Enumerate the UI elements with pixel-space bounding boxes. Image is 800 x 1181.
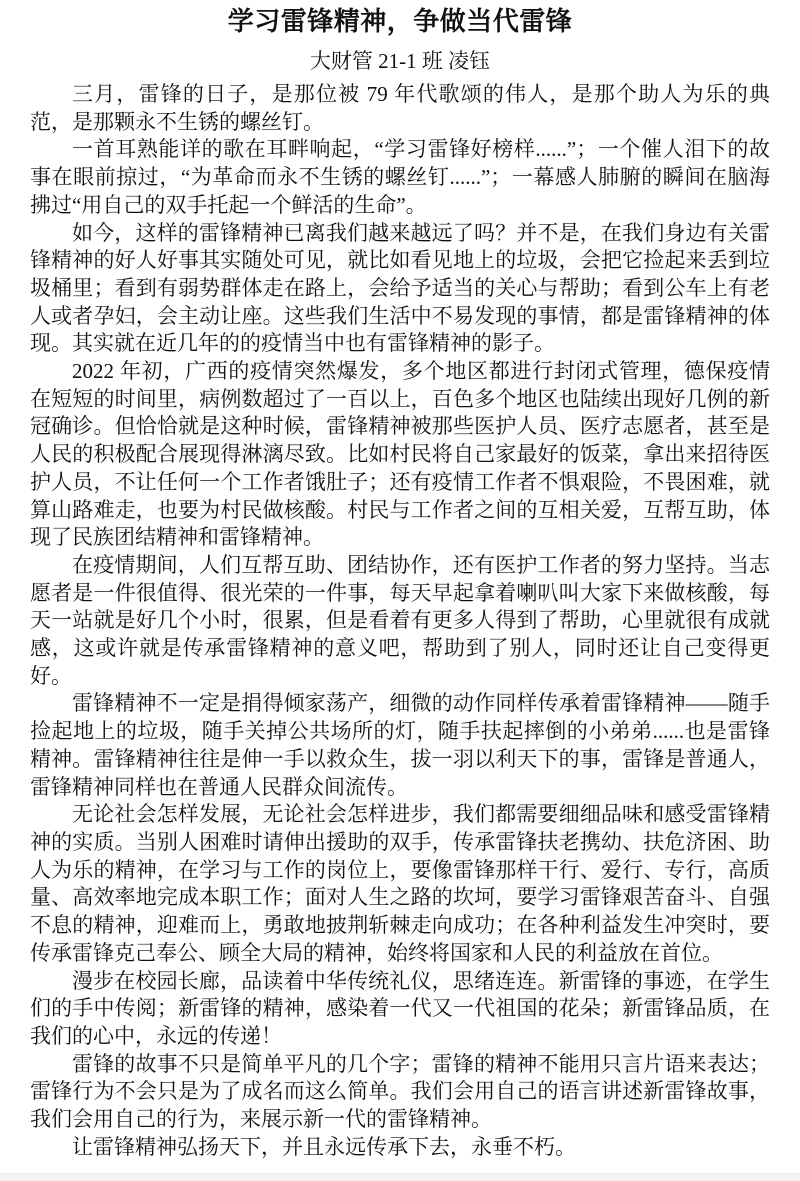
paragraph: 漫步在校园长廊，品读着中华传统礼仪，思绪连连。新雷锋的事迹，在学生们的手中传阅；…	[30, 968, 770, 1051]
essay-title: 学习雷锋精神，争做当代雷锋	[30, 6, 770, 38]
document-content: 学习雷锋精神，争做当代雷锋 大财管 21-1 班 凌钰 三月，雷锋的日子，是那位…	[0, 0, 800, 1161]
essay-body: 三月，雷锋的日子，是那位被 79 年代歌颂的伟人，是那个助人为乐的典范，是那颗永…	[30, 81, 770, 1161]
paragraph: 在疫情期间，人们互帮互助、团结协作，还有医护工作者的努力坚持。当志愿者是一件很值…	[30, 552, 770, 691]
paragraph: 三月，雷锋的日子，是那位被 79 年代歌颂的伟人，是那个助人为乐的典范，是那颗永…	[30, 81, 770, 136]
document-page: 学习雷锋精神，争做当代雷锋 大财管 21-1 班 凌钰 三月，雷锋的日子，是那位…	[0, 0, 800, 1181]
paragraph: 无论社会怎样发展，无论社会怎样进步，我们都需要细细品味和感受雷锋精神的实质。当别…	[30, 801, 770, 967]
paragraph: 如今，这样的雷锋精神已离我们越来越远了吗？并不是，在我们身边有关雷锋精神的好人好…	[30, 220, 770, 359]
paragraph: 雷锋的故事不只是简单平凡的几个字；雷锋的精神不能用只言片语来表达；雷锋行为不会只…	[30, 1051, 770, 1134]
page-bottom-edge	[0, 1173, 800, 1181]
paragraph: 2022 年初，广西的疫情突然爆发，多个地区都进行封闭式管理，德保疫情在短短的时…	[30, 358, 770, 552]
paragraph: 雷锋精神不一定是捐得倾家荡产，细微的动作同样传承着雷锋精神——随手捡起地上的垃圾…	[30, 690, 770, 801]
paragraph: 让雷锋精神弘扬天下，并且永远传承下去，永垂不朽。	[30, 1134, 770, 1162]
essay-byline: 大财管 21-1 班 凌钰	[30, 48, 770, 75]
paragraph: 一首耳熟能详的歌在耳畔响起，“学习雷锋好榜样......”；一个催人泪下的故事在…	[30, 136, 770, 219]
